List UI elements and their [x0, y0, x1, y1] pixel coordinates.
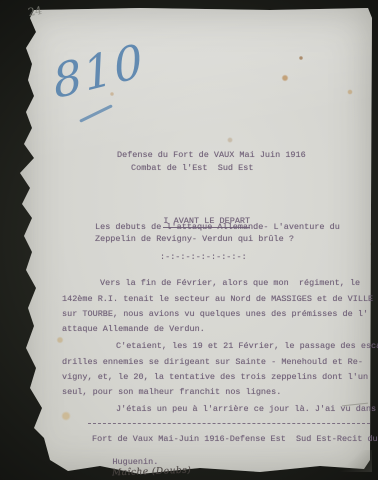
para1-line1: Vers la fin de Février, alors que mon ré… — [100, 278, 360, 288]
footer-line-2: Huguenin. Maîche (Doubs) — [92, 447, 192, 480]
paper-fold-corner — [338, 450, 372, 472]
header-line-2: Combat de l'Est Sud Est — [131, 163, 253, 173]
footer-author: Huguenin. — [112, 457, 158, 467]
para3-line1: J'étais un peu à l'arrière ce jour là. J… — [116, 404, 378, 414]
para1-line4: attaque Allemande de Verdun. — [62, 324, 205, 334]
header-line-1: Defense du Fort de VAUX Mai Juin 1916 — [117, 150, 306, 160]
subtitle-line-1: Les debuts de l'attaque Allemande- L'ave… — [95, 222, 340, 232]
para2-line3: vigny, et, le 20, la tentative des trois… — [62, 372, 368, 382]
section-separator: :-:-:-:-:-:-:-:-: — [160, 252, 247, 262]
para2-line2: drilles ennemies se dirigeant sur Sainte… — [62, 357, 363, 367]
footer-dashed-rule — [88, 423, 370, 424]
para1-line2: 142ème R.I. tenait le secteur au Nord de… — [62, 294, 373, 304]
subtitle-line-2: Zeppelin de Revigny- Verdun qui brûle ? — [95, 234, 294, 244]
para2-line4: seul, pour son malheur franchit nos lign… — [62, 387, 281, 397]
scan-background: 24 810 Defense du Fort de VAUX Mai Juin … — [0, 0, 378, 480]
footer-handwritten-place: Maîche (Doubs) — [112, 466, 192, 479]
footer-line-1: Fort de Vaux Mai-Juin 1916-Defense Est S… — [92, 434, 378, 444]
corner-pencil-number: 24 — [27, 4, 43, 19]
para2-line1: C'etaient, les 19 et 21 Février, le pass… — [116, 341, 378, 351]
para1-line3: sur TOURBE, nous avions vu quelques unes… — [62, 309, 368, 319]
